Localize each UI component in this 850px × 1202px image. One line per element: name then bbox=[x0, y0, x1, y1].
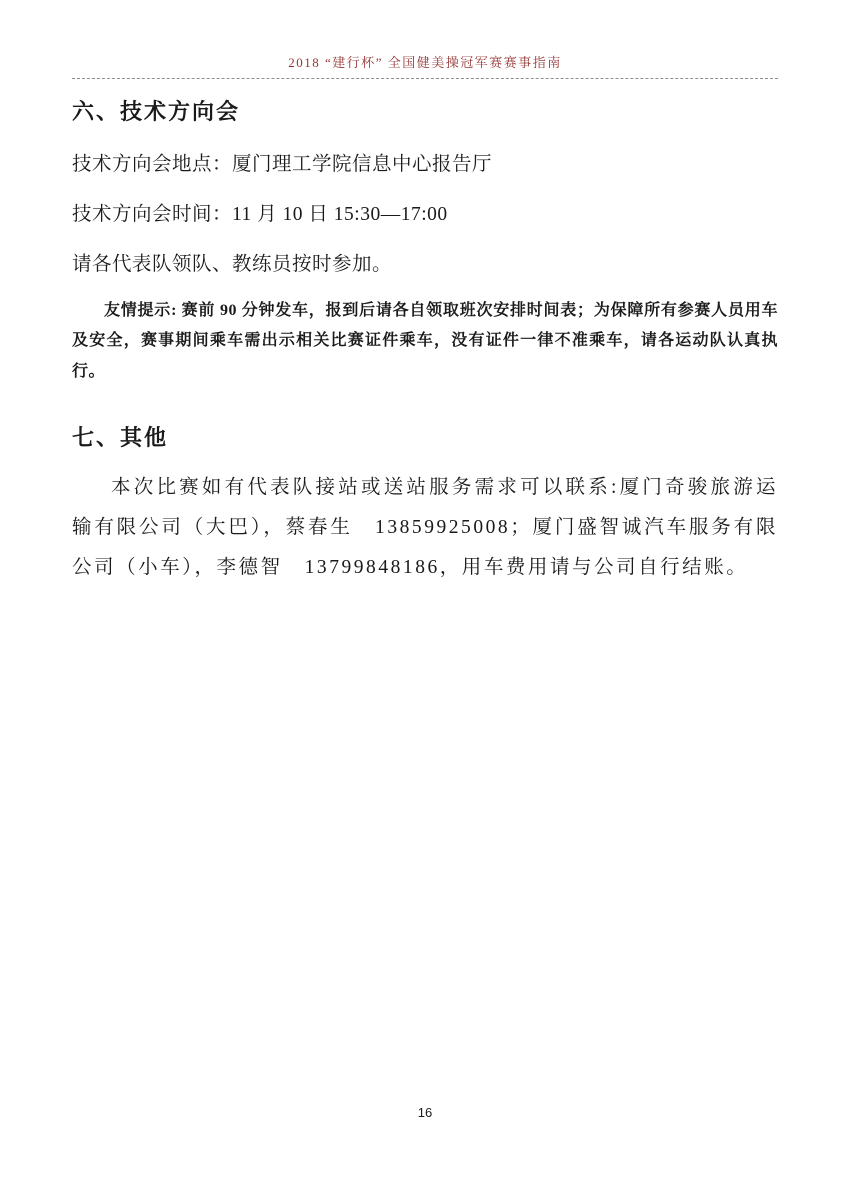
page-header: 2018 “建行杯” 全国健美操冠军赛赛事指南 bbox=[72, 52, 778, 79]
document-header-title: 2018 “建行杯” 全国健美操冠军赛赛事指南 bbox=[72, 52, 778, 71]
page-number: 16 bbox=[0, 1105, 850, 1120]
section-7-body-paragraph: 本次比赛如有代表队接站或送站服务需求可以联系:厦门奇骏旅游运输有限公司（大巴），… bbox=[72, 468, 778, 588]
section-7-heading: 七、其他 bbox=[72, 421, 778, 452]
section-6-location-line: 技术方向会地点：厦门理工学院信息中心报告厅 bbox=[72, 148, 778, 176]
section-6-time-line: 技术方向会时间：11 月 10 日 15:30—17:00 bbox=[72, 198, 778, 226]
document-page: 2018 “建行杯” 全国健美操冠军赛赛事指南 六、技术方向会 技术方向会地点：… bbox=[0, 0, 850, 1202]
header-divider bbox=[72, 78, 778, 79]
section-6-heading: 六、技术方向会 bbox=[72, 95, 778, 126]
section-6-attend-line: 请各代表队领队、教练员按时参加。 bbox=[72, 248, 778, 276]
page-content: 2018 “建行杯” 全国健美操冠军赛赛事指南 六、技术方向会 技术方向会地点：… bbox=[0, 0, 850, 588]
section-6-friendly-tip: 友情提示: 赛前 90 分钟发车，报到后请各自领取班次安排时间表；为保障所有参赛… bbox=[72, 296, 778, 387]
